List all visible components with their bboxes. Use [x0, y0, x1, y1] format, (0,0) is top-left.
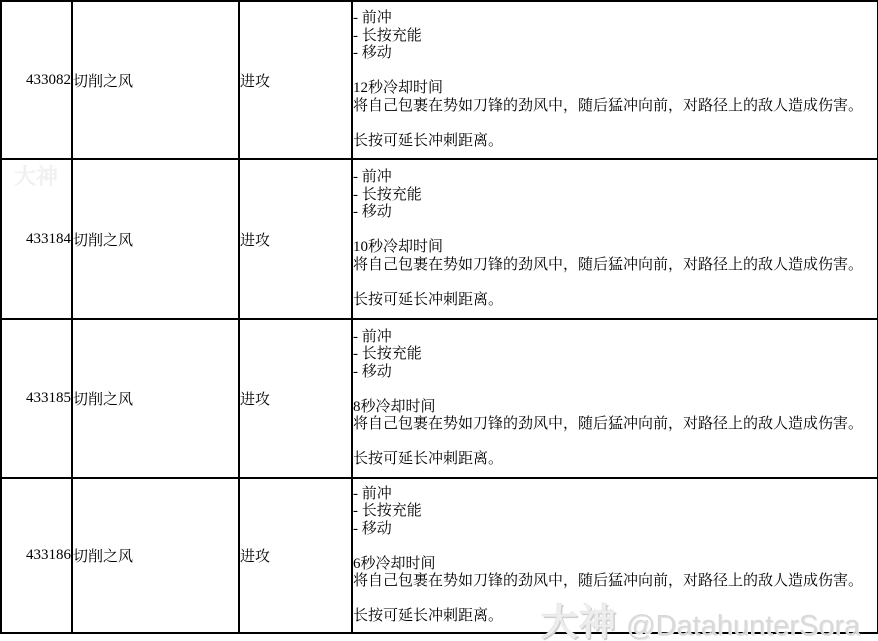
skill-type: 进攻: [239, 478, 352, 633]
page: 433082 切削之风 进攻 - 前冲 - 长按充能 - 移动 12秒冷却时间 …: [0, 0, 878, 641]
skill-id: 433186: [1, 478, 72, 633]
skill-controls: - 前冲 - 长按充能 - 移动: [353, 10, 877, 63]
skill-id: 433082: [1, 1, 72, 159]
skills-table: 433082 切削之风 进攻 - 前冲 - 长按充能 - 移动 12秒冷却时间 …: [0, 0, 878, 634]
skill-effect: 将自己包裹在势如刀锋的劲风中，随后猛冲向前，对路径上的敌人造成伤害。: [353, 257, 877, 275]
skill-note: 长按可延长冲刺距离。: [353, 133, 877, 151]
skill-cooldown: 8秒冷却时间: [353, 399, 877, 417]
skill-description-cell: - 前冲 - 长按充能 - 移动 10秒冷却时间 将自己包裹在势如刀锋的劲风中，…: [352, 159, 878, 319]
skill-name: 切削之风: [72, 478, 239, 633]
skill-cooldown: 10秒冷却时间: [353, 239, 877, 257]
skill-type: 进攻: [239, 319, 352, 478]
skill-description-cell: - 前冲 - 长按充能 - 移动 12秒冷却时间 将自己包裹在势如刀锋的劲风中，…: [352, 1, 878, 159]
skill-name: 切削之风: [72, 1, 239, 159]
skill-effect: 将自己包裹在势如刀锋的劲风中，随后猛冲向前，对路径上的敌人造成伤害。: [353, 573, 877, 591]
table-row: 433186 切削之风 进攻 - 前冲 - 长按充能 - 移动 6秒冷却时间 将…: [1, 478, 878, 633]
skill-effect: 将自己包裹在势如刀锋的劲风中，随后猛冲向前，对路径上的敌人造成伤害。: [353, 98, 877, 116]
skill-type: 进攻: [239, 159, 352, 319]
skill-type: 进攻: [239, 1, 352, 159]
skill-name: 切削之风: [72, 159, 239, 319]
skill-controls: - 前冲 - 长按充能 - 移动: [353, 486, 877, 539]
skill-note: 长按可延长冲刺距离。: [353, 292, 877, 310]
skill-cooldown: 12秒冷却时间: [353, 80, 877, 98]
skill-id: 433184: [1, 159, 72, 319]
skill-note: 长按可延长冲刺距离。: [353, 608, 877, 626]
skill-description-cell: - 前冲 - 长按充能 - 移动 8秒冷却时间 将自己包裹在势如刀锋的劲风中，随…: [352, 319, 878, 478]
skill-id: 433185: [1, 319, 72, 478]
table-row: 433082 切削之风 进攻 - 前冲 - 长按充能 - 移动 12秒冷却时间 …: [1, 1, 878, 159]
skill-effect: 将自己包裹在势如刀锋的劲风中，随后猛冲向前，对路径上的敌人造成伤害。: [353, 416, 877, 434]
skill-description-cell: - 前冲 - 长按充能 - 移动 6秒冷却时间 将自己包裹在势如刀锋的劲风中，随…: [352, 478, 878, 633]
skill-name: 切削之风: [72, 319, 239, 478]
skill-controls: - 前冲 - 长按充能 - 移动: [353, 329, 877, 382]
skill-controls: - 前冲 - 长按充能 - 移动: [353, 169, 877, 222]
skill-note: 长按可延长冲刺距离。: [353, 451, 877, 469]
table-row: 433184 切削之风 进攻 - 前冲 - 长按充能 - 移动 10秒冷却时间 …: [1, 159, 878, 319]
table-row: 433185 切削之风 进攻 - 前冲 - 长按充能 - 移动 8秒冷却时间 将…: [1, 319, 878, 478]
skill-cooldown: 6秒冷却时间: [353, 556, 877, 574]
